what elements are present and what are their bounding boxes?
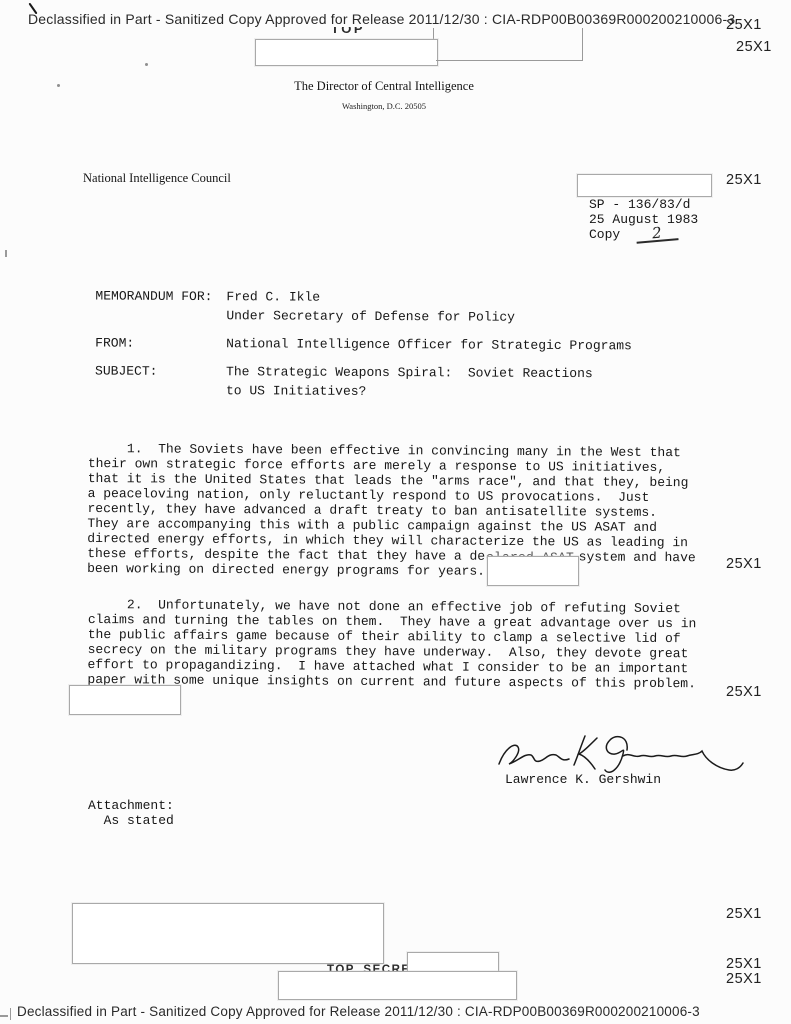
redaction-box [487, 556, 579, 586]
release-marking-25x1: 25X1 [726, 17, 762, 33]
redaction-box [69, 685, 181, 715]
release-marking-25x1: 25X1 [726, 906, 762, 922]
office-name: National Intelligence Council [83, 171, 231, 186]
body-paragraph-2: 2. Unfortunately, we have not done an ef… [87, 597, 696, 691]
redaction-box [278, 971, 517, 1000]
redaction-box [577, 174, 712, 197]
letterhead: The Director of Central Intelligence Was… [234, 79, 534, 111]
copy-number-handwritten: 2 [635, 225, 678, 244]
scan-line-artifact [10, 1008, 11, 1020]
dot-artifact [145, 63, 148, 66]
doc-number: SP - 136/83/d [589, 197, 690, 212]
declass-footer-line: Declassified in Part - Sanitized Copy Ap… [17, 1004, 700, 1019]
scan-line-artifact [436, 60, 582, 61]
declass-header-line: Declassified in Part - Sanitized Copy Ap… [28, 11, 735, 27]
letterhead-title: The Director of Central Intelligence [234, 79, 534, 94]
memo-subject-value: The Strategic Weapons Spiral: Soviet Rea… [226, 362, 593, 402]
memo-subject-label: SUBJECT: [95, 362, 158, 381]
top-secret-banner-top: TOP SECRET [331, 27, 439, 39]
scan-line-artifact [433, 28, 434, 39]
scan-line-artifact [582, 28, 583, 61]
body-paragraph-1: 1. The Soviets have been effective in co… [87, 441, 696, 580]
release-marking-25x1: 25X1 [726, 971, 762, 987]
memo-from-label: FROM: [95, 334, 134, 353]
dot-artifact [57, 84, 60, 87]
release-marking-25x1: 25X1 [726, 684, 762, 700]
release-marking-25x1: 25X1 [736, 39, 772, 55]
redaction-box [255, 39, 438, 66]
copy-line: Copy 2 [589, 227, 678, 242]
release-marking-25x1: 25X1 [726, 956, 762, 972]
memo-to-value: Fred C. Ikle Under Secretary of Defense … [226, 287, 515, 327]
letterhead-address: Washington, D.C. 20505 [234, 101, 534, 111]
doc-date: 25 August 1983 [589, 212, 698, 227]
release-marking-25x1: 25X1 [726, 556, 762, 572]
copy-label: Copy [589, 227, 620, 242]
document-page: Declassified in Part - Sanitized Copy Ap… [0, 0, 791, 1024]
redaction-box [72, 903, 384, 964]
release-marking-25x1: 25X1 [726, 172, 762, 188]
memo-to-label: MEMORANDUM FOR: [95, 287, 212, 307]
signer-name: Lawrence K. Gershwin [505, 772, 661, 787]
signature-scribble [495, 724, 745, 778]
memo-from-value: National Intelligence Officer for Strate… [226, 334, 632, 355]
scan-tick-artifact [0, 1015, 8, 1017]
scan-tick-artifact [5, 250, 7, 257]
attachment-block: Attachment: As stated [88, 798, 174, 828]
